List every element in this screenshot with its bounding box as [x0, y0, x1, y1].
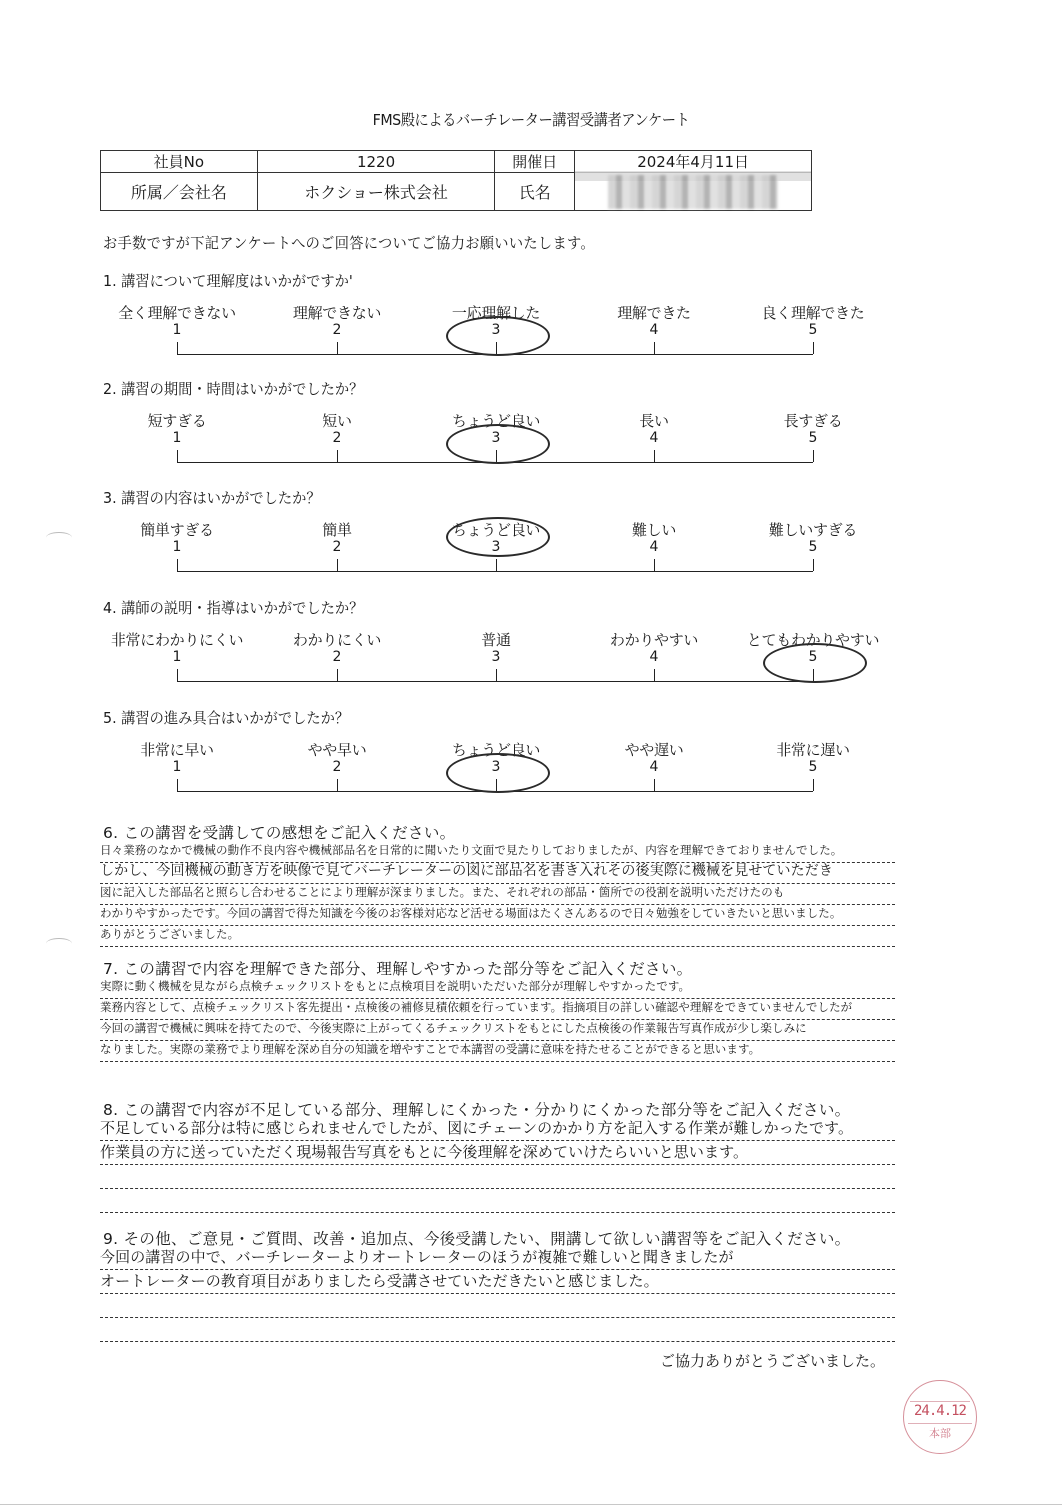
rating-scale-2: 短すぎる1短い2ちょうど良い3長い4長すぎる5: [100, 410, 900, 470]
scale-tick: [337, 342, 338, 354]
answer-line[interactable]: 実際に動く機械を見ながら点検チェックリストをもとに点検項目を説明いただいた部分が…: [100, 977, 895, 999]
rating-option-label[interactable]: やや遅い: [569, 739, 739, 760]
answer-line[interactable]: オートレーターの教育項目がありましたら受講させていただきたいと感じました。: [100, 1271, 895, 1294]
answer-line[interactable]: 今回の講習の中で、バーチレーターよりオートレーターのほうが複雑で難しいと聞きまし…: [100, 1247, 895, 1270]
scale-tick: [654, 779, 655, 791]
scale-tick: [654, 559, 655, 571]
answer-line[interactable]: しかし、今回機械の動き方を映像で見てバーチレーターの図に部品名を書き入れその後実…: [100, 862, 895, 884]
punch-hole-mark: [46, 938, 72, 949]
rating-option-label[interactable]: 非常に遅い: [728, 739, 898, 760]
date-label: 開催日: [495, 151, 575, 173]
scale-tick: [337, 450, 338, 462]
scale-tick: [654, 342, 655, 354]
thanks-text: ご協力ありがとうございました。: [660, 1350, 885, 1371]
rating-option-label[interactable]: 短すぎる: [92, 410, 262, 431]
participant-info-table: 社員No 1220 開催日 2024年4月11日 所属／会社名 ホクショー株式会…: [100, 150, 812, 211]
answer-line[interactable]: 作業員の方に送っていただく現場報告写真をもとに今後理解を深めていけたらいいと思い…: [100, 1142, 895, 1165]
date-value[interactable]: 2024年4月11日: [575, 151, 812, 173]
rating-option-label[interactable]: 理解できた: [569, 302, 739, 323]
question-4-title: 4. 講師の説明・指導はいかがでしたか？: [103, 597, 363, 618]
rating-option-label[interactable]: 難しいすぎる: [728, 519, 898, 540]
rating-option-label[interactable]: 難しい: [569, 519, 739, 540]
rating-option-label[interactable]: 長い: [569, 410, 739, 431]
question-7-title: 7. この講習で内容を理解できた部分、理解しやすかった部分等をご記入ください。: [103, 957, 692, 979]
scale-tick: [496, 559, 497, 571]
rating-option-number[interactable]: 2: [327, 322, 347, 338]
answer-line[interactable]: [100, 1190, 895, 1213]
selected-answer-circle: [446, 424, 550, 464]
answer-line[interactable]: 業務内容として、点検チェックリスト客先提出・点検後の補修見積依頼を行っています。…: [100, 998, 895, 1020]
answer-line[interactable]: 日々業務のなかで機械の動作不良内容や機械部品名を日常的に聞いたり文面で見たりして…: [100, 841, 895, 863]
rating-option-label[interactable]: 短い: [252, 410, 422, 431]
question-2-title: 2. 講習の期間・時間はいかがでしたか？: [103, 378, 363, 399]
selected-answer-circle: [446, 753, 550, 793]
page-bottom-edge: [0, 1504, 1062, 1505]
name-value-redacted[interactable]: [575, 173, 812, 211]
scale-baseline: [177, 571, 813, 572]
rating-option-number[interactable]: 1: [167, 322, 187, 338]
rating-scale-4: 非常にわかりにくい1わかりにくい2普通3わかりやすい4とてもわかりやすい5: [100, 629, 900, 689]
question-6-title: 6. この講習を受講しての感想をご記入ください。: [103, 821, 455, 843]
answer-line[interactable]: [100, 1319, 895, 1342]
punch-hole-mark: [46, 532, 72, 543]
rating-option-number[interactable]: 5: [803, 322, 823, 338]
rating-option-label[interactable]: 長すぎる: [728, 410, 898, 431]
rating-option-number[interactable]: 5: [803, 759, 823, 775]
stamp-date: 24.4.12: [904, 1403, 976, 1419]
scale-tick: [177, 342, 178, 354]
rating-option-label[interactable]: 簡単すぎる: [92, 519, 262, 540]
rating-option-number[interactable]: 4: [644, 539, 664, 555]
intro-text: お手数ですが下記アンケートへのご回答についてご協力お願いいたします。: [103, 232, 595, 253]
company-label: 所属／会社名: [101, 173, 258, 211]
scale-tick: [337, 669, 338, 681]
rating-option-label[interactable]: 理解できない: [252, 302, 422, 323]
rating-option-number[interactable]: 4: [644, 322, 664, 338]
selected-answer-circle: [763, 643, 867, 683]
rating-option-number[interactable]: 2: [327, 649, 347, 665]
scale-tick: [177, 559, 178, 571]
rating-option-number[interactable]: 1: [167, 759, 187, 775]
answer-line[interactable]: わかりやすかったです。今回の講習で得た知識を今後のお客様対応など活せる場面はたく…: [100, 904, 895, 926]
rating-option-label[interactable]: 簡単: [252, 519, 422, 540]
scale-tick: [177, 779, 178, 791]
rating-option-number[interactable]: 3: [486, 649, 506, 665]
rating-option-number[interactable]: 1: [167, 430, 187, 446]
rating-scale-5: 非常に早い1やや早い2ちょうど良い3やや遅い4非常に遅い5: [100, 739, 900, 799]
rating-option-label[interactable]: やや早い: [252, 739, 422, 760]
rating-option-number[interactable]: 5: [803, 430, 823, 446]
answer-line[interactable]: 図に記入した部品名と照らし合わせることにより理解が深まりました。また、それぞれの…: [100, 883, 895, 905]
rating-option-label[interactable]: 普通: [411, 629, 581, 650]
scale-tick: [813, 779, 814, 791]
scale-tick: [337, 779, 338, 791]
rating-option-number[interactable]: 5: [803, 539, 823, 555]
rating-option-label[interactable]: わかりにくい: [252, 629, 422, 650]
selected-answer-circle: [446, 517, 550, 557]
rating-scale-1: 全く理解できない1理解できない2一応理解した3理解できた4良く理解できた5: [100, 302, 900, 362]
answer-line[interactable]: [100, 1295, 895, 1318]
rating-option-number[interactable]: 4: [644, 649, 664, 665]
question-5-title: 5. 講習の進み具合はいかがでしたか？: [103, 707, 349, 728]
company-value[interactable]: ホクショー株式会社: [257, 173, 495, 211]
selected-answer-circle: [446, 316, 550, 356]
rating-scale-3: 簡単すぎる1簡単2ちょうど良い3難しい4難しいすぎる5: [100, 519, 900, 579]
scale-tick: [654, 669, 655, 681]
scale-tick: [813, 450, 814, 462]
rating-option-number[interactable]: 1: [167, 649, 187, 665]
answer-line[interactable]: 不足している部分は特に感じられませんでしたが、図にチェーンのかかり方を記入する作…: [100, 1118, 895, 1141]
rating-option-number[interactable]: 2: [327, 759, 347, 775]
employee-no-label: 社員No: [101, 151, 258, 173]
name-label: 氏名: [495, 173, 575, 211]
scale-baseline: [177, 681, 813, 682]
redacted-name-blur: [608, 175, 778, 209]
answer-line[interactable]: なりました。実際の業務でより理解を深め自分の知識を増やすことで本講習の受講に意味…: [100, 1040, 895, 1062]
stamp-line-bottom: [908, 1423, 972, 1424]
question-9-title: 9. その他、ご意見・ご質問、改善・追加点、今後受講したい、開講して欲しい講習等…: [103, 1227, 850, 1249]
stamp-dept: 本部: [904, 1425, 976, 1441]
rating-option-label[interactable]: 良く理解できた: [728, 302, 898, 323]
rating-option-number[interactable]: 4: [644, 759, 664, 775]
survey-title: FMS殿によるバーチレーター講習受講者アンケート: [42, 108, 1019, 130]
scale-tick: [813, 559, 814, 571]
question-1-title: 1. 講習について理解度はいかがですか': [103, 270, 353, 291]
rating-option-label[interactable]: 非常にわかりにくい: [92, 629, 262, 650]
employee-no-value[interactable]: 1220: [257, 151, 495, 173]
rating-option-label[interactable]: 全く理解できない: [92, 302, 262, 323]
scale-tick: [177, 669, 178, 681]
scale-tick: [177, 450, 178, 462]
rating-option-number[interactable]: 2: [327, 430, 347, 446]
rating-option-number[interactable]: 4: [644, 430, 664, 446]
scale-tick: [813, 342, 814, 354]
scale-tick: [654, 450, 655, 462]
scale-tick: [337, 559, 338, 571]
received-date-stamp: 24.4.12 本部: [903, 1380, 977, 1454]
rating-option-label[interactable]: わかりやすい: [569, 629, 739, 650]
answer-line[interactable]: 今回の講習で機械に興味を持てたので、今後実際に上がってくるチェックリストをもとに…: [100, 1019, 895, 1041]
question-3-title: 3. 講習の内容はいかがでしたか？: [103, 487, 321, 508]
answer-line[interactable]: ありがとうございました。: [100, 925, 895, 947]
question-8-title: 8. この講習で内容が不足している部分、理解しにくかった・分かりにくかった部分等…: [103, 1098, 850, 1120]
stamp-line-top: [910, 1401, 970, 1402]
answer-line[interactable]: [100, 1166, 895, 1189]
scale-tick: [496, 669, 497, 681]
rating-option-number[interactable]: 1: [167, 539, 187, 555]
rating-option-label[interactable]: 非常に早い: [92, 739, 262, 760]
rating-option-number[interactable]: 2: [327, 539, 347, 555]
